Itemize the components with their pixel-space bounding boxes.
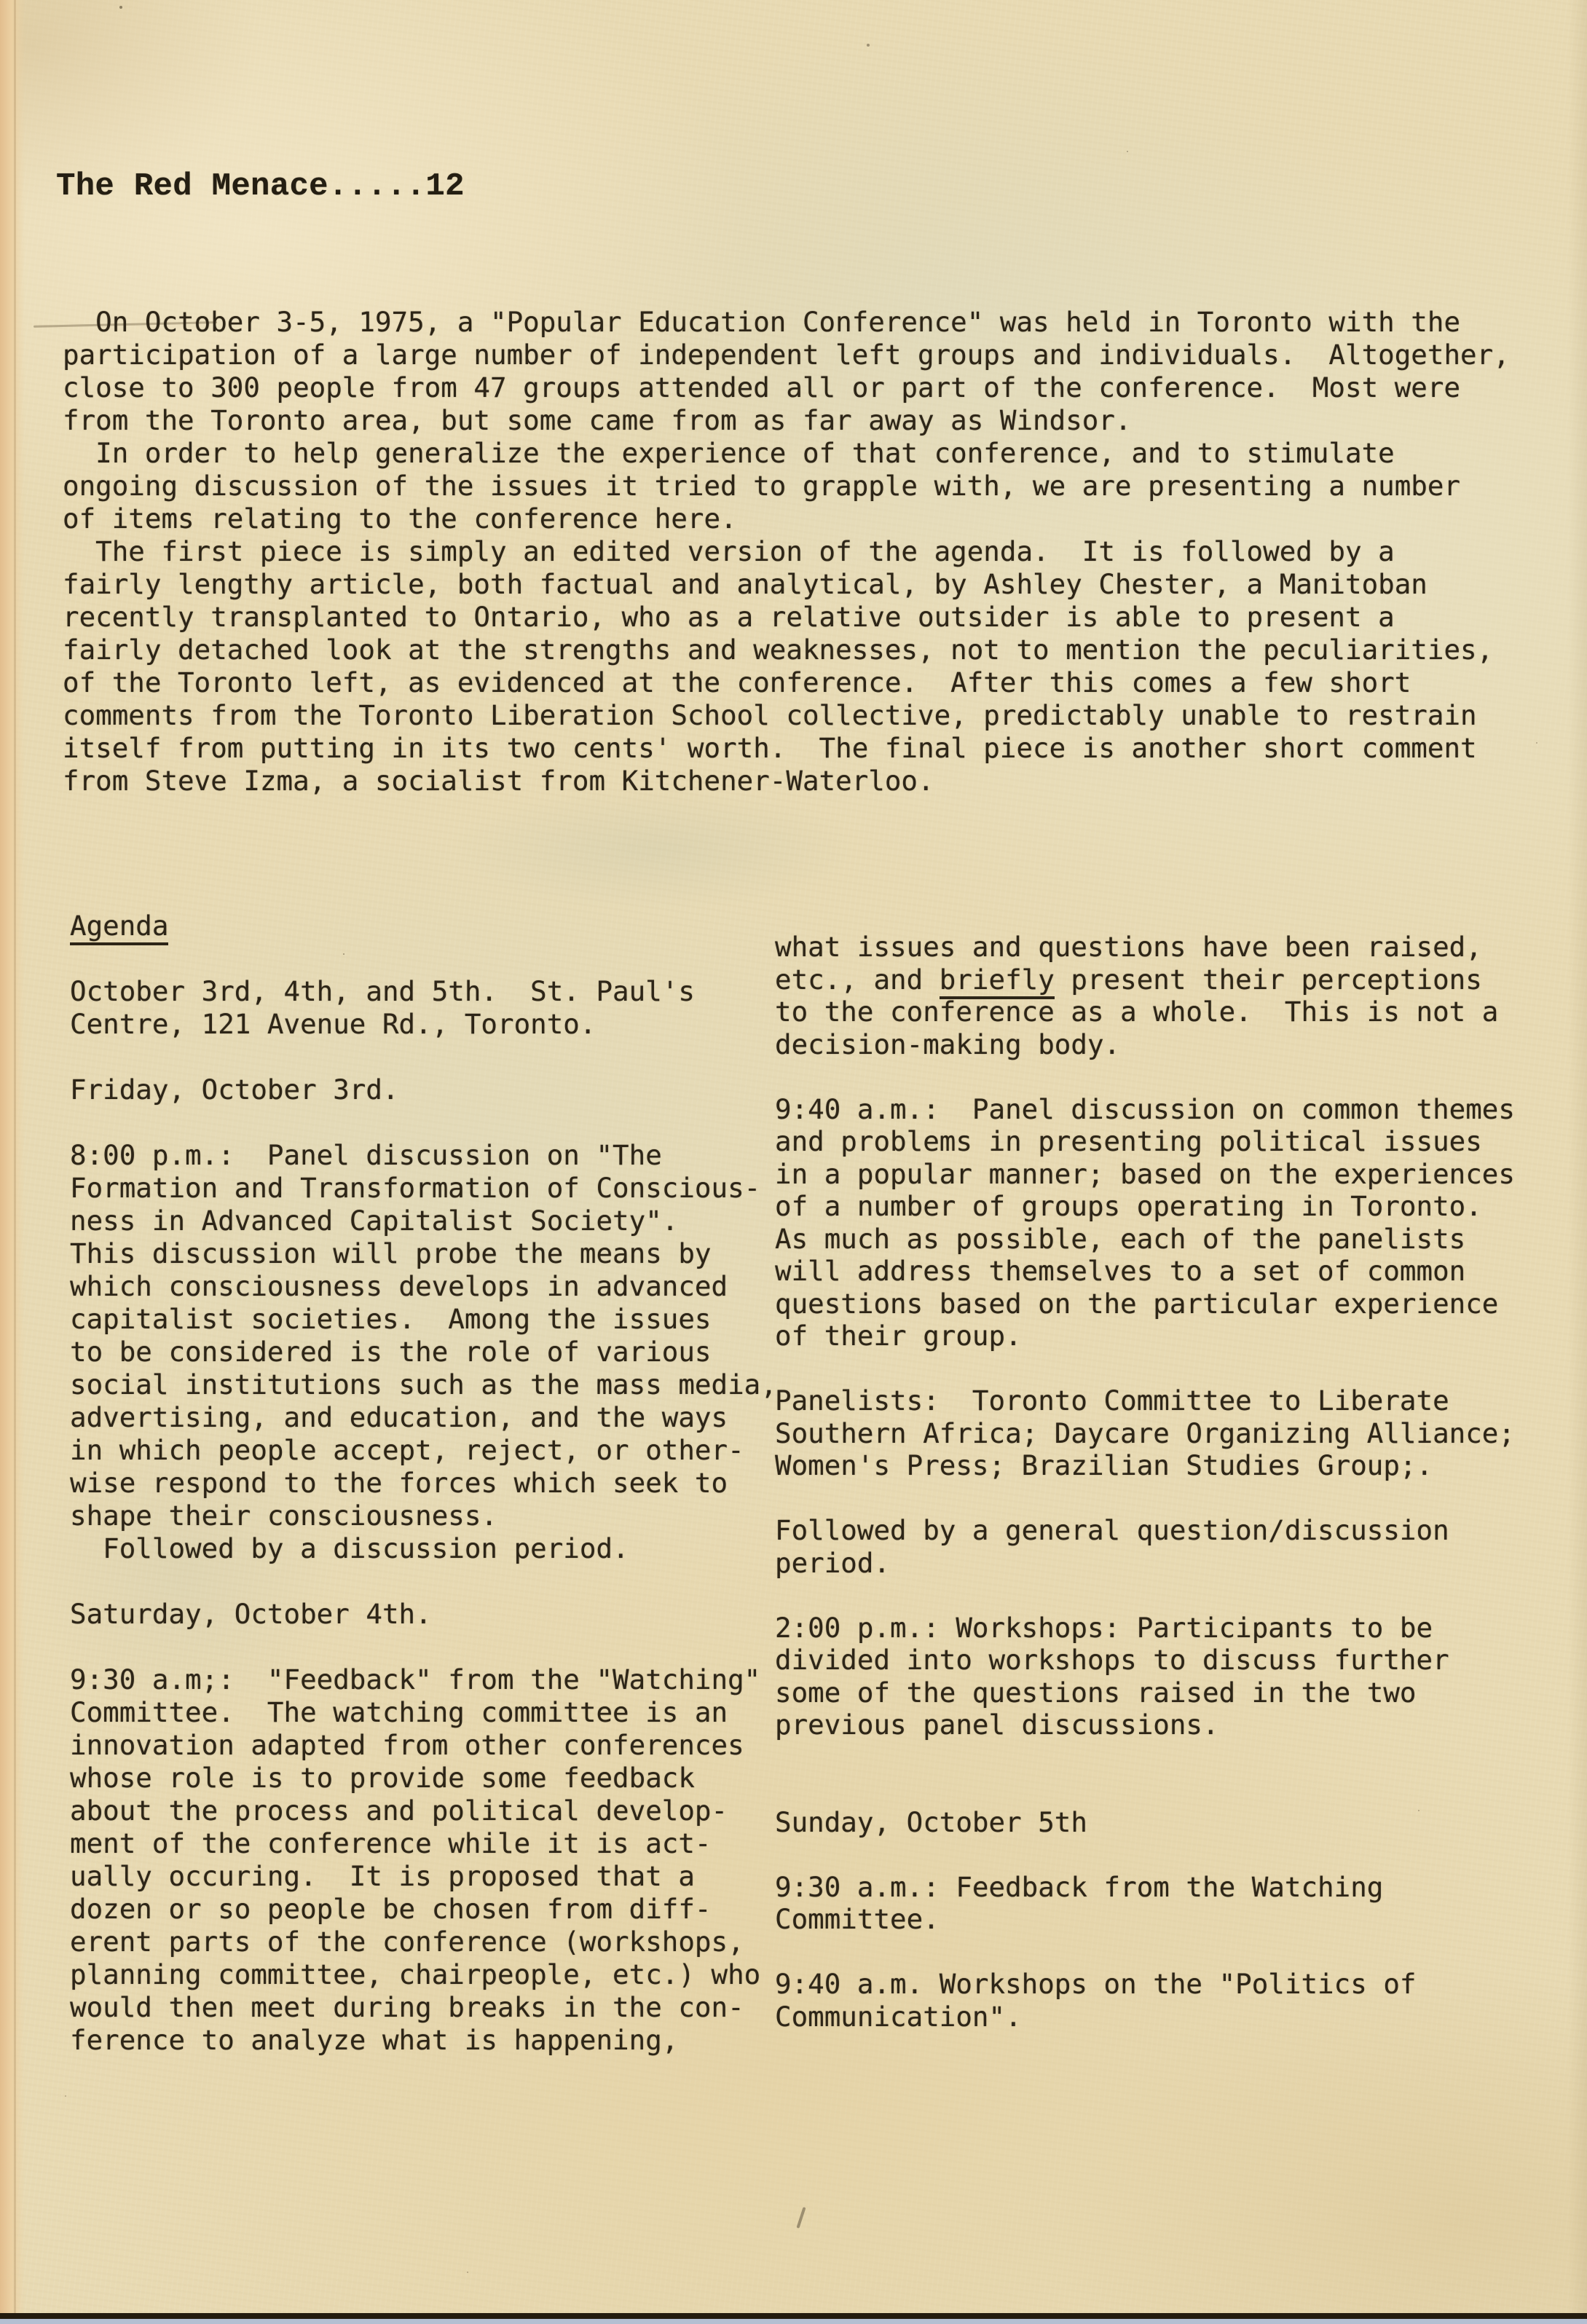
agenda-right-column: what issues and questions have been rais… (775, 931, 1515, 2033)
text-line: Committee. (775, 1903, 1515, 1936)
text-line: 9:40 a.m.: Panel discussion on common th… (775, 1093, 1515, 1126)
text-line: of their group. (775, 1320, 1515, 1352)
page-header: The Red Menace.....12 (56, 170, 465, 202)
text-line: comments from the Toronto Liberation Sch… (63, 699, 1510, 732)
text-line: Agenda (70, 910, 777, 942)
text-line: In order to help generalize the experien… (63, 437, 1510, 470)
text-line: period. (775, 1547, 1515, 1580)
text-line: would then meet during breaks in the con… (70, 1991, 777, 2024)
text-line (775, 1352, 1515, 1385)
text-line (70, 1631, 777, 1663)
text-line: Friday, October 3rd. (70, 1074, 777, 1106)
agenda-left-column: Agenda October 3rd, 4th, and 5th. St. Pa… (70, 910, 777, 2057)
scanned-page-root: { "page": { "header": "The Red Menace...… (0, 0, 1587, 2324)
text-line: ference to analyze what is happening, (70, 2024, 777, 2057)
text-line: questions based on the particular experi… (775, 1288, 1515, 1320)
text-line (70, 1106, 777, 1139)
text-line: 2:00 p.m.: Workshops: Participants to be (775, 1612, 1515, 1644)
text-line: and problems in presenting political iss… (775, 1125, 1515, 1158)
text-line: Committee. The watching committee is an (70, 1696, 777, 1729)
text-line: Formation and Transformation of Consciou… (70, 1172, 777, 1205)
text-line: advertising, and education, and the ways (70, 1401, 777, 1434)
magazine-page: The Red Menace.....12 On October 3-5, 19… (0, 0, 1587, 2319)
text-line: 9:40 a.m. Workshops on the "Politics of (775, 1968, 1515, 2001)
text-line: to be considered is the role of various (70, 1336, 777, 1368)
text-line: October 3rd, 4th, and 5th. St. Paul's (70, 975, 777, 1008)
text-line: Communication". (775, 2001, 1515, 2033)
text-line: recently transplanted to Ontario, who as… (63, 601, 1510, 634)
text-line (775, 1482, 1515, 1515)
text-line: Panelists: Toronto Committee to Liberate (775, 1384, 1515, 1417)
text-line: ment of the conference while it is act- (70, 1827, 777, 1860)
text-line: On October 3-5, 1975, a "Popular Educati… (63, 306, 1510, 339)
text-line: to the conference as a whole. This is no… (775, 996, 1515, 1028)
text-line: 8:00 p.m.: Panel discussion on "The (70, 1139, 777, 1172)
text-line (775, 1579, 1515, 1612)
text-line: Centre, 121 Avenue Rd., Toronto. (70, 1008, 777, 1041)
text-line: fairly detached look at the strengths an… (63, 634, 1510, 666)
text-line: 9:30 a.m;: "Feedback" from the "Watching… (70, 1663, 777, 1696)
text-line: decision-making body. (775, 1028, 1515, 1061)
underlined-text: Agenda (70, 910, 168, 945)
text-line (775, 1773, 1515, 1806)
text-line: Followed by a general question/discussio… (775, 1514, 1515, 1547)
text-line: social institutions such as the mass med… (70, 1368, 777, 1401)
text-line (70, 1565, 777, 1598)
text-line: Followed by a discussion period. (70, 1532, 777, 1565)
text-line: in a popular manner; based on the experi… (775, 1158, 1515, 1191)
ink-smudge (796, 2207, 806, 2229)
text-line: ually occuring. It is proposed that a (70, 1860, 777, 1893)
text-line: Saturday, October 4th. (70, 1598, 777, 1631)
text-line: Southern Africa; Daycare Organizing Alli… (775, 1417, 1515, 1450)
text-line: previous panel discussions. (775, 1709, 1515, 1741)
text-line: about the process and political develop- (70, 1795, 777, 1827)
text-line: participation of a large number of indep… (63, 339, 1510, 371)
text-line: capitalist societies. Among the issues (70, 1303, 777, 1336)
text-line: of a number of groups operating in Toron… (775, 1190, 1515, 1223)
text-line: Sunday, October 5th (775, 1806, 1515, 1839)
text-line: planning committee, chairpeople, etc.) w… (70, 1958, 777, 1991)
text-line: 9:30 a.m.: Feedback from the Watching (775, 1871, 1515, 1904)
underlined-text: briefly (940, 964, 1055, 999)
text-line: etc., and briefly present their percepti… (775, 964, 1515, 996)
bleed-through-patch (452, 787, 859, 910)
text-line: close to 300 people from 47 groups atten… (63, 371, 1510, 404)
text-line: Women's Press; Brazilian Studies Group;. (775, 1449, 1515, 1482)
text-line: shape their consciousness. (70, 1500, 777, 1532)
text-line: ness in Advanced Capitalist Society". (70, 1205, 777, 1237)
text-line: This discussion will probe the means by (70, 1237, 777, 1270)
text-line: whose role is to provide some feedback (70, 1762, 777, 1795)
text-line: will address themselves to a set of comm… (775, 1255, 1515, 1288)
text-line: fairly lengthy article, both factual and… (63, 568, 1510, 601)
text-line: what issues and questions have been rais… (775, 931, 1515, 964)
text-line (775, 1936, 1515, 1969)
text-line: divided into workshops to discuss furthe… (775, 1644, 1515, 1677)
text-line: of the Toronto left, as evidenced at the… (63, 666, 1510, 699)
page-left-edge-shadow (0, 0, 25, 2313)
text-line: innovation adapted from other conference… (70, 1729, 777, 1762)
text-line: in which people accept, reject, or other… (70, 1434, 777, 1467)
text-line (775, 1741, 1515, 1774)
text-line: As much as possible, each of the panelis… (775, 1223, 1515, 1256)
text-line (775, 1838, 1515, 1871)
text-line: which consciousness develops in advanced (70, 1270, 777, 1303)
intro-paragraphs: On October 3-5, 1975, a "Popular Educati… (63, 306, 1510, 797)
text-line (775, 1060, 1515, 1093)
page-right-edge-shadow (1568, 0, 1587, 2313)
text-line: erent parts of the conference (workshops… (70, 1926, 777, 1958)
text-line: ongoing discussion of the issues it trie… (63, 470, 1510, 503)
paper-specks (119, 6, 122, 9)
text-line (70, 1041, 777, 1074)
text-line: The first piece is simply an edited vers… (63, 535, 1510, 568)
text-line: from the Toronto area, but some came fro… (63, 404, 1510, 437)
text-line: of items relating to the conference here… (63, 503, 1510, 535)
text-line: itself from putting in its two cents' wo… (63, 732, 1510, 765)
text-line: some of the questions raised in the two (775, 1677, 1515, 1709)
text-line (70, 942, 777, 975)
text-line: wise respond to the forces which seek to (70, 1467, 777, 1500)
text-line: dozen or so people be chosen from diff- (70, 1893, 777, 1926)
text-line: from Steve Izma, a socialist from Kitche… (63, 765, 1510, 797)
